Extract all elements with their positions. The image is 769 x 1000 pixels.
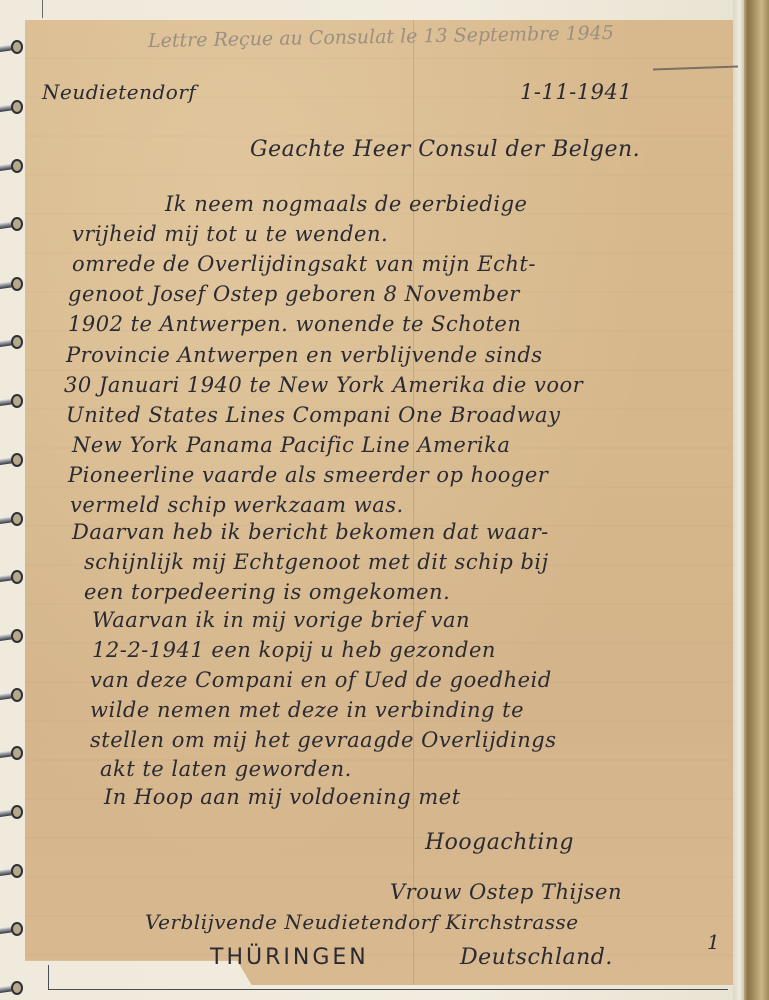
binder-ring-icon xyxy=(0,746,28,762)
binder-ring-icon xyxy=(0,570,28,586)
frame-inner-edge xyxy=(733,0,744,1000)
binder-ring-icon xyxy=(0,629,28,645)
body-line: 1902 te Antwerpen. wonende te Schoten xyxy=(68,312,521,336)
body-line: wilde nemen met deze in verbinding te xyxy=(90,698,524,722)
binder-ring-icon xyxy=(0,100,28,116)
body-line: Ik neem nogmaals de eerbiedige xyxy=(165,192,527,216)
body-line: United States Lines Compani One Broadway xyxy=(66,403,560,427)
binder-ring-icon xyxy=(0,512,28,528)
body-line: schijnlijk mij Echtgenoot met dit schip … xyxy=(84,550,549,574)
body-line: In Hoop aan mij voldoening met xyxy=(104,785,461,809)
body-line: stellen om mij het gevraagde Overlijding… xyxy=(90,728,557,752)
letter-closing: Hoogachting xyxy=(425,830,574,855)
body-line: omrede de Overlijdingsakt van mijn Echt- xyxy=(72,252,536,276)
binder-ring-icon xyxy=(0,453,28,469)
letter-salutation: Geachte Heer Consul der Belgen. xyxy=(250,137,640,162)
body-line: vermeld schip werkzaam was. xyxy=(70,493,404,517)
letter-signature: Vrouw Ostep Thijsen xyxy=(390,880,622,904)
body-line: Pioneerline vaarde als smeerder op hooge… xyxy=(68,463,548,487)
body-line: New York Panama Pacific Line Amerika xyxy=(72,433,510,457)
paper-fold-line xyxy=(413,20,414,985)
body-line: vrijheid mij tot u te wenden. xyxy=(72,222,388,246)
body-line: van deze Compani en of Ued de goedheid xyxy=(90,668,552,692)
body-line: 30 Januari 1940 te New York Amerika die … xyxy=(64,373,583,397)
binder-ring-icon xyxy=(0,981,28,997)
letter-place: Neudietendorf xyxy=(42,80,196,104)
sender-house-number: 1 xyxy=(707,930,720,954)
album-frame-line xyxy=(48,989,728,990)
sender-address-country: Deutschland. xyxy=(460,945,613,970)
binder-ring-icon xyxy=(0,277,28,293)
letter-date: 1-11-1941 xyxy=(520,80,632,104)
binder-ring-icon xyxy=(0,394,28,410)
binder-ring-icon xyxy=(0,688,28,704)
binder-ring-icon xyxy=(0,335,28,351)
body-line: een torpedeering is omgekomen. xyxy=(84,580,450,604)
sender-address-line1: Verblijvende Neudietendorf Kirchstrasse xyxy=(145,910,579,934)
sender-address-region: THÜRINGEN xyxy=(210,945,369,970)
binder-ring-icon xyxy=(0,864,28,880)
binder-ring-icon xyxy=(0,922,28,938)
body-line: Provincie Antwerpen en verblijvende sind… xyxy=(66,343,543,367)
body-line: genoot Josef Ostep geboren 8 November xyxy=(68,282,520,306)
body-line: akt te laten geworden. xyxy=(100,757,352,781)
album-frame-line-side xyxy=(48,965,49,990)
binder-ring-icon xyxy=(0,217,28,233)
body-line: Waarvan ik in mij vorige brief van xyxy=(92,608,470,632)
album-guide-line xyxy=(42,0,43,18)
binder-ring-icon xyxy=(0,40,28,56)
binder-ring-icon xyxy=(0,159,28,175)
album-frame-edge xyxy=(744,0,769,1000)
body-line: Daarvan heb ik bericht bekomen dat waar- xyxy=(72,520,549,544)
body-line: 12-2-1941 een kopij u heb gezonden xyxy=(92,638,496,662)
binder-ring-icon xyxy=(0,805,28,821)
